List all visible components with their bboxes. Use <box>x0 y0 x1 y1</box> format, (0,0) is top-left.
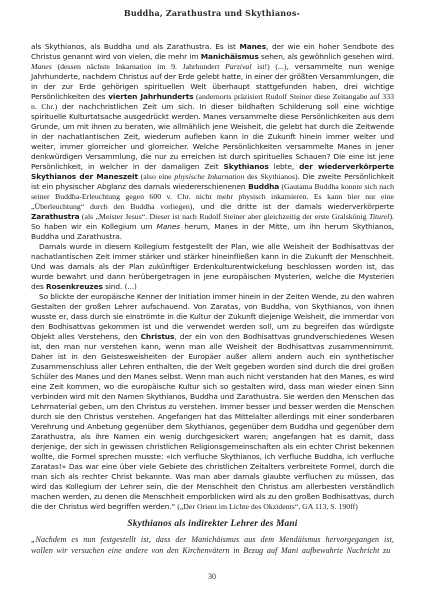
section-quote: „Nachdem es nun festgestellt ist, dass d… <box>31 535 394 557</box>
document-page: Buddha, Zarathustra und Skythianos- als … <box>0 0 424 600</box>
text-segment: Manichäismus <box>201 52 259 61</box>
main-text-block: als Skythianos, als Buddha und als Zarat… <box>31 42 394 557</box>
text-segment: Buddha <box>248 182 279 191</box>
text-segment: Rosenkreuzes <box>46 282 103 291</box>
text-segment: („Der Orient im Lichte des Okzidents“, G… <box>175 502 358 511</box>
text-segment: (dessen nächste Inkarnation im 9. Jahrhu… <box>52 62 225 71</box>
text-segment: (als „Meister Jesus“. Dieser ist nach Ru… <box>80 212 369 221</box>
main-quote: als Skythianos, als Buddha und als Zarat… <box>31 42 394 512</box>
quote-paragraph: Damals wurde in diesem Kollegium festges… <box>31 242 394 292</box>
text-segment: ist!) (...) <box>252 62 287 71</box>
text-segment: Parzival <box>225 62 251 71</box>
page-number: 30 <box>0 572 424 581</box>
text-segment: Manes <box>157 222 181 231</box>
text-segment: Manes <box>239 42 266 51</box>
text-segment: vierten Jahrhunderts <box>108 92 193 101</box>
text-segment: der nachchristlichen Zeit um sich. In di… <box>31 102 394 171</box>
text-segment: des Skythianos). <box>244 172 299 181</box>
text-segment: , und die dritte ist der damals wiederve… <box>192 202 394 211</box>
text-segment: sehen, als gewöhnlich gesehen wird. <box>259 52 394 61</box>
text-segment: ). <box>389 212 394 221</box>
text-segment: Titurel <box>369 212 390 221</box>
text-segment: Manes <box>31 62 52 71</box>
text-segment: Christus <box>141 332 175 341</box>
text-segment: Skythianos <box>224 162 269 171</box>
section-heading: Skythianos als indirekter Lehrer des Man… <box>31 519 394 529</box>
text-segment: als Skythianos, als Buddha und als Zarat… <box>31 42 239 51</box>
text-segment: Zarathustra <box>31 212 80 221</box>
text-segment: , der ein von den Bodhisattvas grundvers… <box>31 332 394 511</box>
text-segment: sind. (...) <box>103 282 137 291</box>
text-segment: lebte, <box>269 162 299 171</box>
text-segment: (also eine <box>138 172 175 181</box>
text-segment: So haben wir ein Kollegium um <box>31 222 157 231</box>
quote-paragraph: So blickte der europäische Kenner der In… <box>31 292 394 512</box>
quote-paragraph: als Skythianos, als Buddha und als Zarat… <box>31 42 394 242</box>
running-header: Buddha, Zarathustra und Skythianos- <box>0 8 424 18</box>
text-segment: physische Inkarnation <box>174 172 244 181</box>
